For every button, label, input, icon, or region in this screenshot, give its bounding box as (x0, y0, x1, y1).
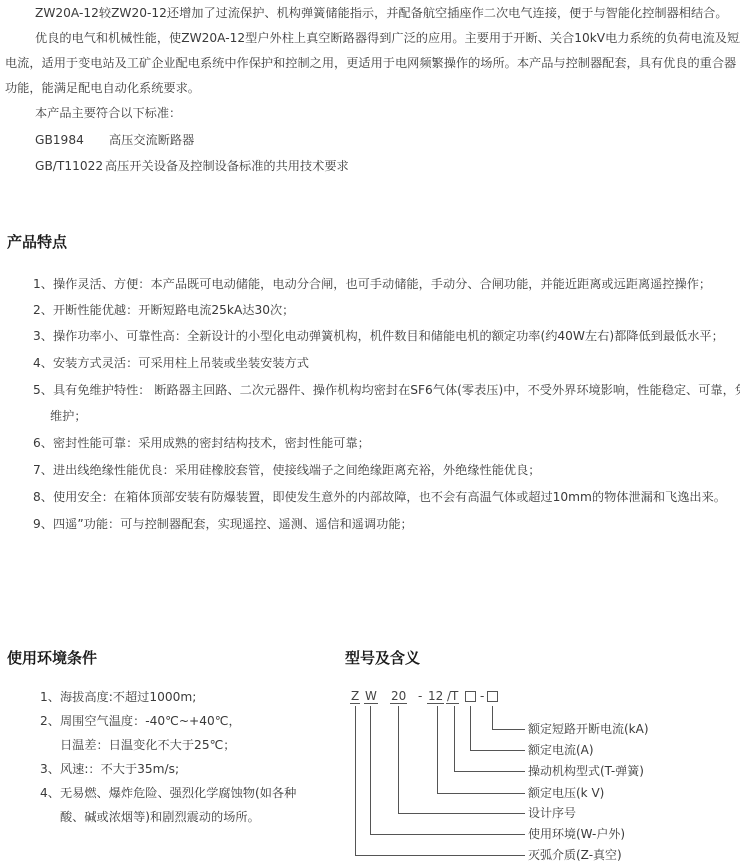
connector-line (454, 706, 455, 771)
model-code: Z W 20 - 12 /T - (0, 689, 740, 705)
placeholder-box-icon (487, 691, 498, 702)
meaning-mechanism-type: 操动机构型式(T-弹簧) (528, 763, 644, 779)
connector-line (355, 855, 525, 856)
standard-name: 高压交流断路器 (109, 133, 194, 147)
code-series: 20 (390, 689, 407, 704)
feature-item-4: 4、安装方式灵活：可采用柱上吊装或坐装安装方式 (33, 355, 309, 371)
feature-item-5-continued: 维护； (50, 408, 87, 424)
standard-row-2: GB/T11022高压开关设备及控制设备标准的共用技术要求 (35, 158, 349, 174)
meaning-design-serial: 设计序号 (528, 805, 576, 821)
code-w: W (364, 689, 378, 704)
feature-item-7: 7、进出线绝缘性能优良：采用硅橡胶套管，使接线端子之间绝缘距离充裕，外绝缘性能优… (33, 462, 540, 478)
connector-line (454, 771, 525, 772)
code-z: Z (350, 689, 360, 704)
standards-intro: 本产品主要符合以下标准： (35, 105, 181, 121)
intro-paragraph-2-line-2: 电流，适用于变电站及工矿企业配电系统中作保护和控制之用，更适用于电网频繁操作的场… (5, 55, 736, 71)
environment-heading: 使用环境条件 (7, 648, 97, 668)
standard-code: GB/T11022 (35, 158, 105, 174)
feature-item-9: 9、四遥”功能：可与控制器配套，实现遥控、遥测、遥信和遥调功能； (33, 516, 413, 532)
env-item-4: 4、无易燃、爆炸危险、强烈化学腐蚀物(如各种 (40, 785, 296, 801)
env-item-4-continued: 酸、碱或浓烟等)和剧烈震动的场所。 (60, 809, 260, 825)
meaning-environment: 使用环境(W-户外) (528, 826, 625, 842)
connector-line (370, 834, 525, 835)
intro-paragraph-1: ZW20A-12较ZW20-12还增加了过流保护、机构弹簧储能指示，并配备航空插… (35, 5, 728, 21)
connector-line (492, 729, 525, 730)
standard-row-1: GB1984高压交流断路器 (35, 132, 194, 148)
meaning-rated-current: 额定电流(A) (528, 742, 594, 758)
intro-paragraph-2-line-3: 功能，能满足配电自动化系统要求。 (5, 80, 200, 96)
feature-item-1: 1、操作灵活、方便：本产品既可电动储能，电动分合闸，也可手动储能，手动分、合闸功… (33, 276, 711, 292)
standard-name: 高压开关设备及控制设备标准的共用技术要求 (105, 159, 349, 173)
feature-item-5: 5、具有免维护特性： 断路器主回路、二次元器件、操作机构均密封在SF6气体(零表… (33, 382, 740, 398)
model-heading: 型号及含义 (345, 648, 420, 668)
connector-line (470, 706, 471, 750)
code-dash-2: - (480, 689, 484, 703)
connector-line (492, 706, 493, 729)
env-item-2-continued: 日温差：日温变化不大于25℃； (60, 737, 235, 753)
connector-line (398, 706, 399, 813)
features-heading: 产品特点 (7, 232, 67, 252)
env-item-2: 2、周围空气温度：-40℃~+40℃， (40, 713, 241, 729)
intro-paragraph-2-line-1: 优良的电气和机械性能，使ZW20A-12型户外柱上真空断路器得到广泛的应用。主要… (35, 30, 740, 46)
env-item-3: 3、风速:：不大于35m/s; (40, 761, 179, 777)
meaning-breaking-current: 额定短路开断电流(kA) (528, 721, 649, 737)
code-voltage: 12 (427, 689, 444, 704)
standard-code: GB1984 (35, 132, 109, 148)
meaning-arc-medium: 灭弧介质(Z-真空) (528, 847, 622, 863)
code-dash-1: - (418, 689, 422, 703)
connector-line (437, 793, 525, 794)
connector-line (398, 813, 525, 814)
feature-item-2: 2、开断性能优越：开断短路电流25kA达30次； (33, 302, 294, 318)
connector-line (370, 706, 371, 834)
meaning-rated-voltage: 额定电压(k V) (528, 785, 604, 801)
feature-item-8: 8、使用安全：在箱体顶部安装有防爆装置，即使发生意外的内部故障，也不会有高温气体… (33, 489, 726, 505)
connector-line (470, 750, 525, 751)
placeholder-box-icon (465, 691, 476, 702)
connector-line (437, 706, 438, 793)
feature-item-6: 6、密封性能可靠：采用成熟的密封结构技术，密封性能可靠； (33, 435, 370, 451)
feature-item-3: 3、操作功率小、可靠性高：全新设计的小型化电动弹簧机构，机件数目和储能电机的额定… (33, 328, 724, 344)
code-mechanism: /T (446, 689, 459, 704)
connector-line (355, 706, 356, 855)
